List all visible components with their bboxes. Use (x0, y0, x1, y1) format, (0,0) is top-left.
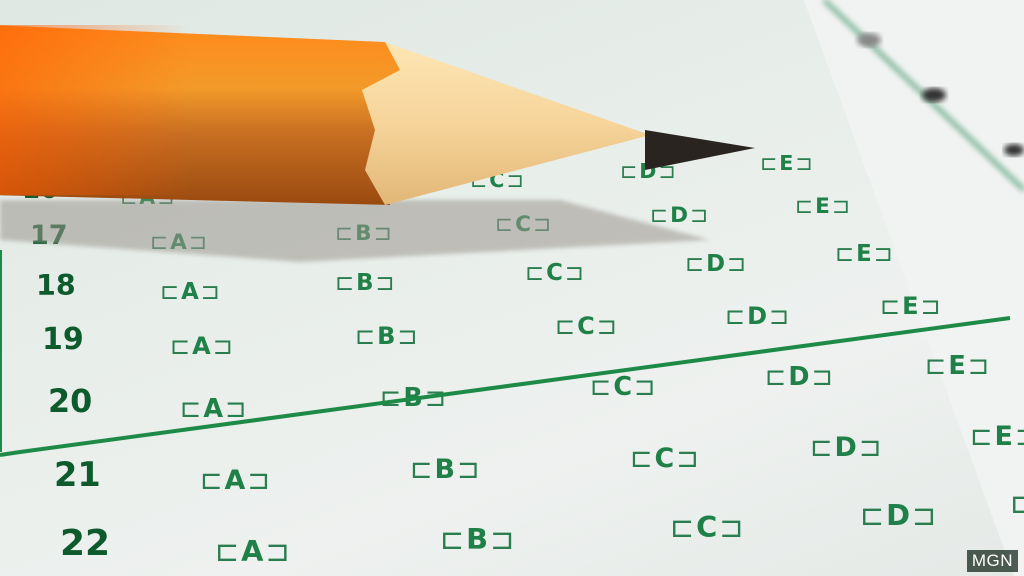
photo-scene: 16⊏A⊐⊏B⊐⊏C⊐⊏D⊐⊏E⊐17⊏A⊐⊏B⊐⊏C⊐⊏D⊐⊏E⊐18⊏A⊐⊏… (0, 0, 1024, 576)
pencil (0, 20, 770, 210)
watermark-label: MGN (967, 550, 1018, 572)
